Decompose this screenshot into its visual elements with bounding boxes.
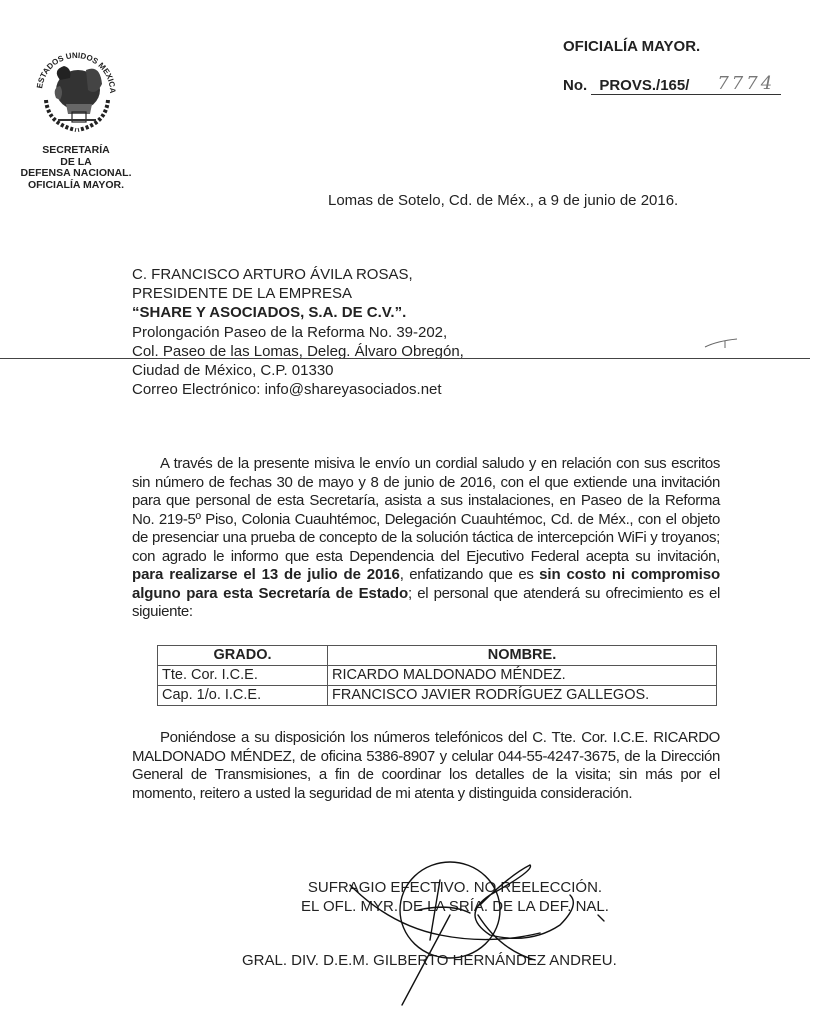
office-title: OFICIALÍA MAYOR. [563, 38, 700, 55]
address-line: Prolongación Paseo de la Reforma No. 39-… [132, 323, 464, 342]
event-date-emphasis: para realizarse el 13 de julio de 2016 [132, 566, 400, 583]
reference-code: PROVS./165/ [599, 77, 689, 94]
email-address: info@shareyasociados.net [265, 381, 442, 398]
column-header-name: NOMBRE. [328, 646, 717, 666]
paragraph-text: A través de la presente misiva le envío … [132, 455, 720, 565]
address-line: Ciudad de México, C.P. 01330 [132, 361, 464, 380]
issuer-name: SECRETARÍA DE LA DEFENSA NACIONAL. OFICI… [0, 145, 152, 191]
grade-cell: Tte. Cor. I.C.E. [158, 666, 328, 686]
addressee-company: “SHARE Y ASOCIADOS, S.A. DE C.V.”. [132, 303, 464, 322]
column-header-grade: GRADO. [158, 646, 328, 666]
paragraph-text: Poniéndose a su disposición los números … [132, 729, 720, 802]
table-header-row: GRADO. NOMBRE. [158, 646, 717, 666]
stamped-number: 7774 [717, 73, 775, 94]
body-paragraph-1: A través de la presente misiva le envío … [132, 455, 720, 622]
grade-cell: Cap. 1/o. I.C.E. [158, 686, 328, 706]
name-cell: RICARDO MALDONADO MÉNDEZ. [328, 666, 717, 686]
signer-name: GRAL. DIV. D.E.M. GILBERTO HERNÁNDEZ AND… [242, 952, 617, 969]
addressee-name: C. FRANCISCO ARTURO ÁVILA ROSAS, [132, 265, 464, 284]
reference-number: No. PROVS./165/ 7774 [563, 77, 781, 95]
issuer-line: DEFENSA NACIONAL. [0, 168, 152, 180]
reference-code-field: PROVS./165/ 7774 [591, 77, 781, 95]
name-cell: FRANCISCO JAVIER RODRÍGUEZ GALLEGOS. [328, 686, 717, 706]
issuer-line: SECRETARÍA [0, 145, 152, 157]
email-line: Correo Electrónico: info@shareyasociados… [132, 380, 464, 399]
closing-block: SUFRAGIO EFECTIVO. NO REELECCIÓN. EL OFL… [230, 878, 680, 916]
signer-title: EL OFL. MYR. DE LA SRÍA. DE LA DEF. NAL. [230, 897, 680, 916]
body-paragraph-2: Poniéndose a su disposición los números … [132, 729, 720, 803]
email-label: Correo Electrónico: [132, 381, 260, 398]
addressee-block: C. FRANCISCO ARTURO ÁVILA ROSAS, PRESIDE… [132, 265, 464, 399]
place-date: Lomas de Sotelo, Cd. de Méx., a 9 de jun… [328, 192, 678, 209]
scan-artifact-line [0, 358, 810, 359]
staff-table: GRADO. NOMBRE. Tte. Cor. I.C.E. RICARDO … [157, 645, 717, 706]
national-seal-icon: ESTADOS UNIDOS MEXICANOS [30, 40, 122, 140]
pen-mark-icon [703, 337, 743, 349]
addressee-position: PRESIDENTE DE LA EMPRESA [132, 284, 464, 303]
table-row: Tte. Cor. I.C.E. RICARDO MALDONADO MÉNDE… [158, 666, 717, 686]
motto: SUFRAGIO EFECTIVO. NO REELECCIÓN. [230, 878, 680, 897]
paragraph-text: , enfatizando que es [400, 566, 539, 583]
reference-prefix: No. [563, 77, 587, 94]
issuer-line: OFICIALÍA MAYOR. [0, 180, 152, 192]
table-row: Cap. 1/o. I.C.E. FRANCISCO JAVIER RODRÍG… [158, 686, 717, 706]
